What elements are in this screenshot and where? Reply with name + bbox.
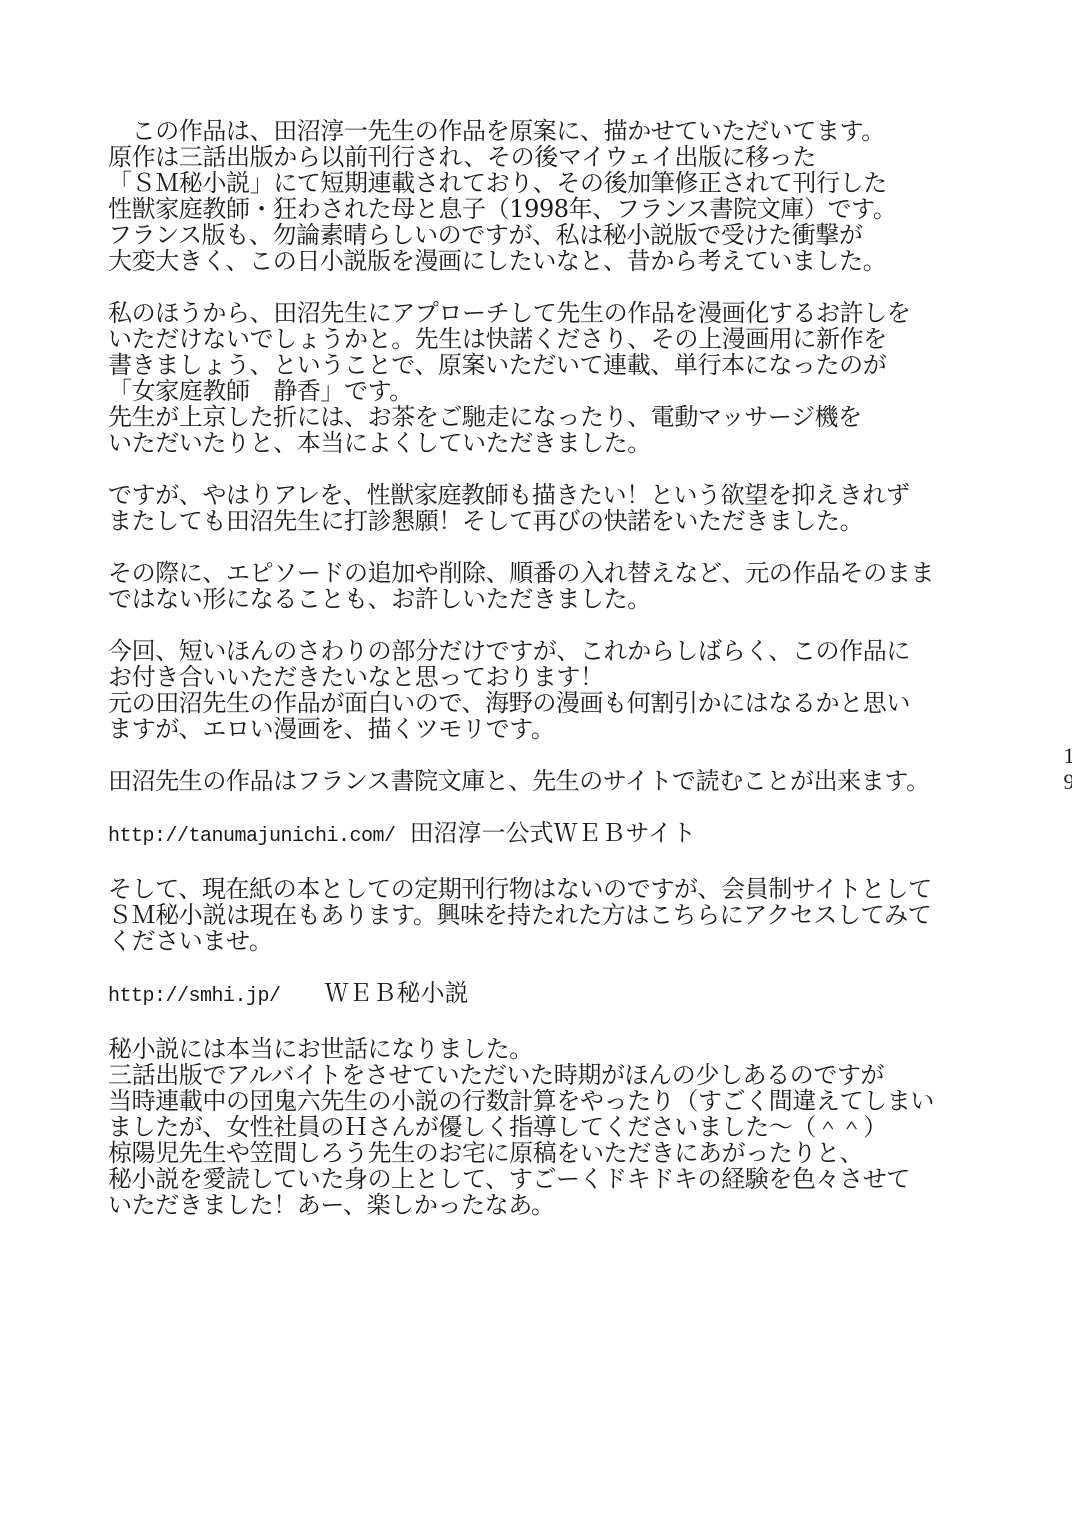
text-line: フランス版も、勿論素晴らしいのですが、私は秘小説版で受けた衝撃が	[108, 222, 988, 248]
paragraph-where-to-read: 田沼先生の作品はフランス書院文庫と、先生のサイトで読むことが出来ます。	[108, 768, 988, 794]
url-label-smhi: ＷＥＢ秘小説	[325, 979, 469, 1007]
paragraph-gap	[108, 954, 988, 980]
text-line: 先生が上京した折には、お茶をご馳走になったり、電動マッサージ機を	[108, 404, 988, 430]
link-smhi-site: http://smhi.jp/ＷＥＢ秘小説	[108, 980, 988, 1010]
page-number-digit: 1	[1062, 743, 1072, 769]
text-line: ではない形になることも、お許しいただきました。	[108, 586, 988, 612]
paragraph-gap	[108, 534, 988, 560]
text-line: 「ＳＭ秘小説」にて短期連載されており、その後加筆修正されて刊行した	[108, 170, 988, 196]
text-line: 性獣家庭教師・狂わされた母と息子（1998年、フランス書院文庫）です。	[108, 196, 988, 222]
text-line: そして、現在紙の本としての定期刊行物はないのですが、会員制サイトとして	[108, 876, 988, 902]
text-line: ＳＭ秘小説は現在もあります。興味を持たれた方はこちらにアクセスしてみて	[108, 902, 988, 928]
text-line: 田沼先生の作品はフランス書院文庫と、先生のサイトで読むことが出来ます。	[108, 768, 988, 794]
paragraph-gap	[108, 1010, 988, 1036]
page-number-digit: 9	[1062, 769, 1072, 795]
text-line: お付き合いいただきたいなと思っております！	[108, 664, 988, 690]
paragraph-intro: この作品は、田沼淳一先生の作品を原案に、描かせていただいてます。 原作は三話出版…	[108, 118, 988, 274]
paragraph-gap	[108, 794, 988, 820]
paragraph-closing: 秘小説には本当にお世話になりました。 三話出版でアルバイトをさせていただいた時期…	[108, 1036, 988, 1218]
text-line: 「女家庭教師 静香」です。	[108, 378, 988, 404]
text-line: 元の田沼先生の作品が面白いので、海野の漫画も何割引かにはなるかと思い	[108, 690, 988, 716]
text-line: いただきました！あー、楽しかったなあ。	[108, 1192, 988, 1218]
text-line: ますが、エロい漫画を、描くツモリです。	[108, 716, 988, 742]
text-line: その際に、エピソードの追加や削除、順番の入れ替えなど、元の作品そのまま	[108, 560, 988, 586]
text-line: 秘小説には本当にお世話になりました。	[108, 1036, 988, 1062]
paragraph-gap	[108, 742, 988, 768]
text-line: ましたが、女性社員のＨさんが優しく指導してくださいました〜（＾＾）	[108, 1114, 988, 1140]
text-line: 原作は三話出版から以前刊行され、その後マイウェイ出版に移った	[108, 144, 988, 170]
paragraph-gap	[108, 456, 988, 482]
text-line: いただけないでしょうかと。先生は快諾くださり、その上漫画用に新作を	[108, 326, 988, 352]
paragraph-gap	[108, 612, 988, 638]
text-line: 今回、短いほんのさわりの部分だけですが、これからしばらく、この作品に	[108, 638, 988, 664]
link-tanuma-site: http://tanumajunichi.com/田沼淳一公式ＷＥＢサイト	[108, 820, 988, 850]
text-line: 秘小説を愛読していた身の上として、すごーくドキドキの経験を色々させて	[108, 1166, 988, 1192]
text-line: くださいませ。	[108, 928, 988, 954]
paragraph-desire: ですが、やはりアレを、性獣家庭教師も描きたい！という欲望を抑えきれず またしても…	[108, 482, 988, 534]
url-tanumajunichi: http://tanumajunichi.com/	[108, 825, 396, 848]
paragraph-this-time: 今回、短いほんのさわりの部分だけですが、これからしばらく、この作品に お付き合い…	[108, 638, 988, 742]
text-line: 書きましょう、ということで、原案いただいて連載、単行本になったのが	[108, 352, 988, 378]
paragraph-membership: そして、現在紙の本としての定期刊行物はないのですが、会員制サイトとして ＳＭ秘小…	[108, 876, 988, 954]
paragraph-gap	[108, 274, 988, 300]
paragraph-approach: 私のほうから、田沼先生にアプローチして先生の作品を漫画化するお許しを いただけな…	[108, 300, 988, 456]
paragraph-changes: その際に、エピソードの追加や削除、順番の入れ替えなど、元の作品そのまま ではない…	[108, 560, 988, 612]
text-line: 椋陽児先生や笠間しろう先生のお宅に原稿をいただきにあがったりと、	[108, 1140, 988, 1166]
text-line: 私のほうから、田沼先生にアプローチして先生の作品を漫画化するお許しを	[108, 300, 988, 326]
page-number: 1 9	[1062, 743, 1072, 795]
text-line: またしても田沼先生に打診懇願！そして再びの快諾をいただきました。	[108, 508, 988, 534]
text-line: 三話出版でアルバイトをさせていただいた時期がほんの少しあるのですが	[108, 1062, 988, 1088]
url-label-tanumajunichi: 田沼淳一公式ＷＥＢサイト	[410, 819, 696, 847]
text-line: 当時連載中の団鬼六先生の小説の行数計算をやったり（すごく間違えてしまい	[108, 1088, 988, 1114]
document-body: この作品は、田沼淳一先生の作品を原案に、描かせていただいてます。 原作は三話出版…	[108, 118, 988, 1218]
text-line: いただいたりと、本当によくしていただきました。	[108, 430, 988, 456]
url-smhi: http://smhi.jp/	[108, 985, 281, 1008]
text-line: 大変大きく、この日小説版を漫画にしたいなと、昔から考えていました。	[108, 248, 988, 274]
paragraph-gap	[108, 850, 988, 876]
text-line: この作品は、田沼淳一先生の作品を原案に、描かせていただいてます。	[108, 118, 988, 144]
text-line: ですが、やはりアレを、性獣家庭教師も描きたい！という欲望を抑えきれず	[108, 482, 988, 508]
